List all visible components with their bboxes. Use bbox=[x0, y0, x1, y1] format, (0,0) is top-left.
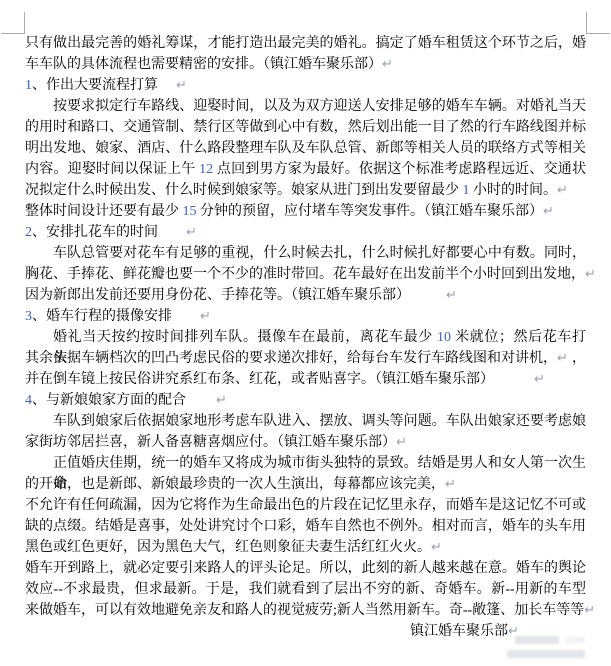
text-run: 镇江婚车聚乐部 bbox=[410, 624, 508, 639]
paragraph-mark-icon: ↵ bbox=[186, 225, 197, 240]
numeral: 2 bbox=[25, 225, 32, 240]
text-line: 的用时和路口、交通管制、禁行区等做到心中有数，然后划出能一目了然的行车路线图并标 bbox=[25, 117, 586, 138]
margin-crop-mark-top-left-horizontal bbox=[1, 33, 24, 34]
paragraph-mark-icon: ↵ bbox=[431, 540, 442, 555]
text-line: 1、作出大要流程打算↵ bbox=[25, 75, 586, 96]
numeral: 3 bbox=[25, 309, 32, 324]
paragraph-mark-icon: ↵ bbox=[445, 477, 456, 492]
text-run: 车队总管要对花车有足够的重视，什么时候去扎，什么时候扎好都要心中有数。同时， bbox=[53, 246, 586, 261]
numeral: 1 bbox=[25, 78, 32, 93]
text-run: 婚礼当天按约按时间排列车队。摄像车在最前，离花车最少 bbox=[53, 330, 437, 345]
text-run: 整体时间设计还要有最少 bbox=[25, 204, 183, 219]
text-line: 来做婚车，可以有效地避免亲友和路人的视觉疲劳;新人当然用新车。奇--敞篷、加长车… bbox=[25, 600, 586, 621]
text-run: 家街坊邻居拦喜，新人备喜糖喜烟应付。（镇江婚车聚乐部） bbox=[25, 435, 396, 450]
text-run: 不允许有任何疏漏，因为它将作为生命最出色的片段在记忆里永存，而婚车是这记忆不可或 bbox=[25, 498, 586, 513]
margin-crop-mark-top-left-vertical bbox=[24, 12, 25, 34]
paragraph-mark-icon: ↵ bbox=[534, 372, 545, 387]
paragraph-mark-icon: ↵ bbox=[200, 309, 211, 324]
watermark-line-1: .com bbox=[507, 634, 585, 647]
numeral: 10 bbox=[437, 330, 451, 345]
watermark-smudge bbox=[507, 650, 585, 658]
text-line: 2、安排扎花车的时间↵ bbox=[25, 222, 586, 243]
text-run: 只有做出最完善的婚礼筹谋，才能打造出最完美的婚礼。搞定了婚车租赁这个环节之后，婚 bbox=[25, 36, 586, 51]
text-run: 、婚车行程的摄像安排 bbox=[32, 309, 172, 324]
paragraph-mark-icon: ↵ bbox=[216, 393, 227, 408]
text-line: 车队到娘家后依据娘家地形考虑车队进入、摆放、调头等问题。车队出娘家还要考虑娘 bbox=[25, 411, 586, 432]
text-line: 按要求拟定行车路线、迎娶时间，以及为双方迎送人安排足够的婚车车辆。对婚礼当天 bbox=[25, 96, 586, 117]
text-line: 况拟定什么时候出发、什么时候到娘家等。娘家从进门到出发要留最少 1 小时的时间。… bbox=[25, 180, 586, 201]
text-line: 3、婚车行程的摄像安排↵ bbox=[25, 306, 586, 327]
text-line: 内容。迎娶时间以保证上午 12 点回到男方家为最好。依据这个标准考虑路程远近、交… bbox=[25, 159, 586, 180]
text-line: 正值婚庆佳期，统一的婚车又将成为城市街头独特的景致。结婚是男人和女人第一次生命 bbox=[25, 453, 586, 474]
text-run: 、安排扎花车的时间 bbox=[32, 225, 158, 240]
margin-crop-mark-top-right-horizontal bbox=[587, 33, 610, 34]
watermark-smudge bbox=[515, 636, 559, 644]
text-line: 明出发地、娘家、酒店、什么路段整理车队及车队总管、新郎等相关人员的联络方式等相关 bbox=[25, 138, 586, 159]
text-line: 婚礼当天按约按时间排列车队。摄像车在最前，离花车最少 10 米就位；然后花车打头… bbox=[25, 327, 586, 348]
text-run: 黑色或红色更好，因为黑色大气，红色则象征夫妻生活红红火火。 bbox=[25, 540, 431, 555]
text-run: 因为新郎出发前还要用身份花、手捧花等。（镇江婚车聚乐部） bbox=[25, 288, 410, 303]
text-line: 整体时间设计还要有最少 15 分钟的预留，应付堵车等突发事件。（镇江婚车聚乐部）… bbox=[25, 201, 586, 222]
paragraph-mark-icon: ↵ bbox=[543, 204, 554, 219]
numeral: 4 bbox=[25, 393, 32, 408]
text-run: 婚车开到路上，就必定要引来路人的评头论足。所以，此刻的新人越来越在意。婚车的舆论 bbox=[25, 561, 586, 576]
text-run: 、作出大要流程打算 bbox=[32, 78, 158, 93]
text-line: 胸花、手捧花、鲜花瓣也要一个不少的准时带回。花车最好在出发前半个小时回到出发地，… bbox=[25, 264, 586, 285]
paragraph-mark-icon: ↵ bbox=[176, 78, 187, 93]
text-run: 车车队的具体流程也需要精密的安排。（镇江婚车聚乐部） bbox=[25, 57, 382, 72]
text-run: 、与新娘娘家方面的配合 bbox=[32, 393, 186, 408]
text-run: 车队到娘家后依据娘家地形考虑车队进入、摆放、调头等问题。车队出娘家还要考虑娘 bbox=[53, 414, 586, 429]
word-document-page: { "page": { "kind": "word-processor-docu… bbox=[0, 0, 611, 666]
text-run: 分钟的预留，应付堵车等突发事件。（镇江婚车聚乐部） bbox=[197, 204, 544, 219]
document-text-block: 只有做出最完善的婚礼筹谋，才能打造出最完美的婚礼。搞定了婚车租赁这个环节之后，婚… bbox=[25, 33, 586, 642]
numeral: 15 bbox=[183, 204, 197, 219]
text-line: 因为新郎出发前还要用身份花、手捧花等。（镇江婚车聚乐部）↵ bbox=[25, 285, 586, 306]
text-run: 效应--不求最贵，但求最新。于是，我们就看到了层出不穷的新、奇婚车。新--用新的… bbox=[25, 582, 586, 597]
text-run: 按要求拟定行车路线、迎娶时间，以及为双方迎送人安排足够的婚车车辆。对婚礼当天 bbox=[53, 99, 586, 114]
text-run: 况拟定什么时候出发、什么时候到娘家等。娘家从进门到出发要留最少 bbox=[25, 183, 463, 198]
text-run: 缺的点缀。结婚是喜事，处处讲究讨个口彩，婚车自然也不例外。相对而言，婚车的头车用 bbox=[25, 519, 586, 534]
paragraph-mark-icon: ↵ bbox=[557, 351, 568, 366]
text-line: 不允许有任何疏漏，因为它将作为生命最出色的片段在记忆里永存，而婚车是这记忆不可或 bbox=[25, 495, 586, 516]
text-run: 并在倒车镜上按民俗讲究系红布条、红花，或者贴喜字。（镇江婚车聚乐部） bbox=[25, 372, 494, 387]
text-line: 黑色或红色更好，因为黑色大气，红色则象征夫妻生活红红火火。↵ bbox=[25, 537, 586, 558]
numeral: 12 bbox=[199, 162, 213, 177]
paragraph-mark-icon: ↵ bbox=[446, 288, 457, 303]
watermark-line-2 bbox=[507, 647, 585, 660]
text-run: 的用时和路口、交通管制、禁行区等做到心中有数，然后划出能一目了然的行车路线图并标 bbox=[25, 120, 586, 135]
text-line: 其余依据车辆档次的凹凸考虑民俗的要求递次排好，给每台车发行车路线图和对讲机，↵ bbox=[25, 348, 586, 369]
watermark-text: .com bbox=[563, 635, 585, 646]
text-line: 婚车开到路上，就必定要引来路人的评头论足。所以，此刻的新人越来越在意。婚车的舆论 bbox=[25, 558, 586, 579]
paragraph-mark-icon: ↵ bbox=[584, 603, 595, 618]
text-run: 胸花、手捧花、鲜花瓣也要一个不少的准时带回。花车最好在出发前半个小时回到出发地， bbox=[25, 267, 585, 282]
text-line: 镇江婚车聚乐部↵ bbox=[25, 621, 586, 642]
text-line: 的开始，也是新郎、新娘最珍贵的一次人生演出，每幕都应该完美，↵ bbox=[25, 474, 586, 495]
text-line: 效应--不求最贵，但求最新。于是，我们就看到了层出不穷的新、奇婚车。新--用新的… bbox=[25, 579, 586, 600]
text-run: 内容。迎娶时间以保证上午 bbox=[25, 162, 199, 177]
text-run: 来做婚车，可以有效地避免亲友和路人的视觉疲劳;新人当然用新车。奇--敞篷、加长车… bbox=[25, 603, 584, 618]
text-run: 小时的时间。 bbox=[470, 183, 558, 198]
paragraph-mark-icon: ↵ bbox=[557, 183, 568, 198]
text-line: 4、与新娘娘家方面的配合↵ bbox=[25, 390, 586, 411]
text-run: 其余依据车辆档次的凹凸考虑民俗的要求递次排好，给每台车发行车路线图和对讲机， bbox=[25, 351, 557, 366]
text-line: 车车队的具体流程也需要精密的安排。（镇江婚车聚乐部）↵ bbox=[25, 54, 586, 75]
numeral: 1 bbox=[463, 183, 470, 198]
text-line: 并在倒车镜上按民俗讲究系红布条、红花，或者贴喜字。（镇江婚车聚乐部）↵ bbox=[25, 369, 586, 390]
paragraph-mark-icon: ↵ bbox=[396, 435, 407, 450]
paragraph-mark-icon: ↵ bbox=[585, 267, 596, 282]
text-line: 家街坊邻居拦喜，新人备喜糖喜烟应付。（镇江婚车聚乐部）↵ bbox=[25, 432, 586, 453]
text-run: 点回到男方家为最好。依据这个标准考虑路程远近、交通状 bbox=[213, 162, 586, 177]
margin-crop-mark-top-right-vertical bbox=[586, 12, 587, 34]
text-line: 缺的点缀。结婚是喜事，处处讲究讨个口彩，婚车自然也不例外。相对而言，婚车的头车用 bbox=[25, 516, 586, 537]
text-run: 明出发地、娘家、酒店、什么路段整理车队及车队总管、新郎等相关人员的联络方式等相关 bbox=[25, 141, 586, 156]
text-line: 车队总管要对花车有足够的重视，什么时候去扎，什么时候扎好都要心中有数。同时， bbox=[25, 243, 586, 264]
text-line: 只有做出最完善的婚礼筹谋，才能打造出最完美的婚礼。搞定了婚车租赁这个环节之后，婚 bbox=[25, 33, 586, 54]
paragraph-mark-icon: ↵ bbox=[382, 57, 393, 72]
source-watermark: .com bbox=[507, 634, 585, 660]
text-run: 的开始，也是新郎、新娘最珍贵的一次人生演出，每幕都应该完美， bbox=[25, 477, 445, 492]
